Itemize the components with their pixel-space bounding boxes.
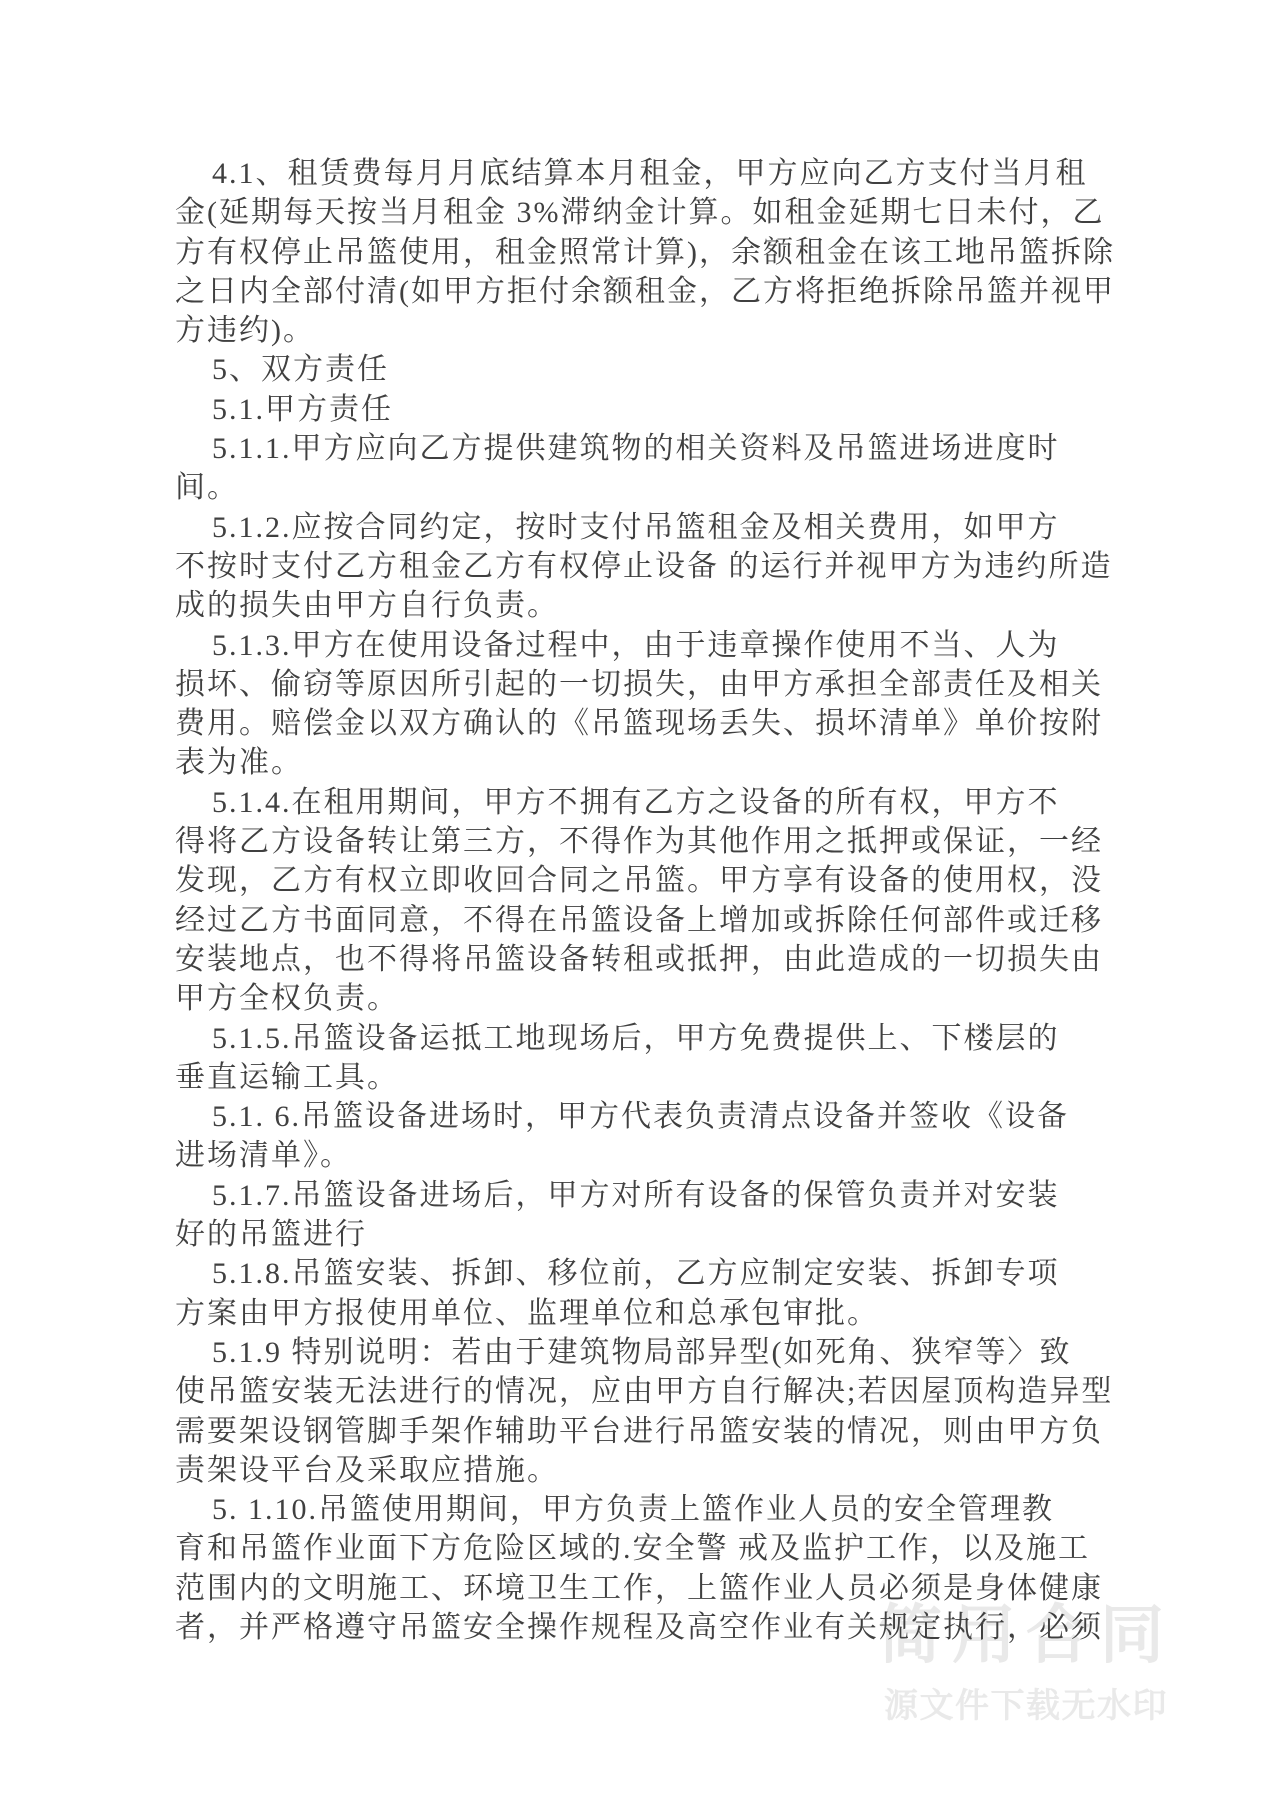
text-line: 5.1.5.吊篮设备运抵工地现场后，甲方免费提供上、下楼层的 — [175, 1019, 1135, 1058]
text-line: 之日内全部付清(如甲方拒付余额租金，乙方将拒绝拆除吊篮并视甲 — [175, 272, 1135, 311]
text-line: 垂直运输工具。 — [175, 1058, 1135, 1097]
text-line: 方有权停止吊篮使用，租金照常计算)，余额租金在该工地吊篮拆除 — [175, 233, 1135, 272]
text-line: 进场清单》。 — [175, 1136, 1135, 1175]
text-line: 费用。赔偿金以双方确认的《吊篮现场丢失、损坏清单》单价按附 — [175, 704, 1135, 743]
contract-text-block: 4.1、租赁费每月月底结算本月租金，甲方应向乙方支付当月租金(延期每天按当月租金… — [175, 154, 1135, 1647]
contract-paragraph-clause-5-1-7: 5.1.7.吊篮设备进场后，甲方对所有设备的保管负责并对安装好的吊篮进行 — [175, 1176, 1135, 1255]
text-line: 5.1.7.吊篮设备进场后，甲方对所有设备的保管负责并对安装 — [175, 1176, 1135, 1215]
text-line: 5.1.2.应按合同约定，按时支付吊篮租金及相关费用，如甲方 — [175, 508, 1135, 547]
text-line: 使吊篮安装无法进行的情况，应由甲方自行解决;若因屋顶构造异型 — [175, 1372, 1135, 1411]
text-line: 间。 — [175, 468, 1135, 507]
text-line: 不按时支付乙方租金乙方有权停止设备 的运行并视甲方为违约所造 — [175, 547, 1135, 586]
contract-paragraph-clause-5-1-10: 5. 1.10.吊篮使用期间，甲方负责上篮作业人员的安全管理教育和吊篮作业面下方… — [175, 1490, 1135, 1647]
contract-paragraph-clause-4-1: 4.1、租赁费每月月底结算本月租金，甲方应向乙方支付当月租金(延期每天按当月租金… — [175, 154, 1135, 350]
text-line: 需要架设钢管脚手架作辅助平台进行吊篮安装的情况，则由甲方负 — [175, 1412, 1135, 1451]
text-line: 5.1.1.甲方应向乙方提供建筑物的相关资料及吊篮进场进度时 — [175, 429, 1135, 468]
contract-paragraph-clause-5-1: 5.1.甲方责任 — [175, 390, 1135, 429]
text-line: 安装地点，也不得将吊篮设备转租或抵押，由此造成的一切损失由 — [175, 940, 1135, 979]
contract-paragraph-clause-5-1-1: 5.1.1.甲方应向乙方提供建筑物的相关资料及吊篮进场进度时间。 — [175, 429, 1135, 508]
text-line: 5.1.甲方责任 — [175, 390, 1135, 429]
text-line: 者，并严格遵守吊篮安全操作规程及高空作业有关规定执行，必须 — [175, 1608, 1135, 1647]
text-line: 5.1. 6.吊篮设备进场时，甲方代表负责清点设备并签收《设备 — [175, 1097, 1135, 1136]
text-line: 5.1.9 特别说明：若由于建筑物局部异型(如死角、狭窄等〉致 — [175, 1333, 1135, 1372]
contract-paragraph-clause-5: 5、双方责任 — [175, 350, 1135, 389]
text-line: 5.1.4.在租用期间，甲方不拥有乙方之设备的所有权，甲方不 — [175, 783, 1135, 822]
contract-page: 简用合同 源文件下载无水印 4.1、租赁费每月月底结算本月租金，甲方应向乙方支付… — [0, 0, 1280, 1810]
contract-paragraph-clause-5-1-8: 5.1.8.吊篮安装、拆卸、移位前，乙方应制定安装、拆卸专项方案由甲方报使用单位… — [175, 1254, 1135, 1333]
text-line: 好的吊篮进行 — [175, 1215, 1135, 1254]
contract-paragraph-clause-5-1-5: 5.1.5.吊篮设备运抵工地现场后，甲方免费提供上、下楼层的垂直运输工具。 — [175, 1019, 1135, 1098]
text-line: 范围内的文明施工、环境卫生工作，上篮作业人员必须是身体健康 — [175, 1569, 1135, 1608]
contract-paragraph-clause-5-1-6: 5.1. 6.吊篮设备进场时，甲方代表负责清点设备并签收《设备进场清单》。 — [175, 1097, 1135, 1176]
text-line: 表为准。 — [175, 743, 1135, 782]
contract-paragraph-clause-5-1-3: 5.1.3.甲方在使用设备过程中，由于违章操作使用不当、人为损坏、偷窃等原因所引… — [175, 626, 1135, 783]
text-line: 5、双方责任 — [175, 350, 1135, 389]
text-line: 方案由甲方报使用单位、监理单位和总承包审批。 — [175, 1294, 1135, 1333]
text-line: 责架设平台及采取应措施。 — [175, 1451, 1135, 1490]
text-line: 经过乙方书面同意，不得在吊篮设备上增加或拆除任何部件或迁移 — [175, 901, 1135, 940]
text-line: 5.1.8.吊篮安装、拆卸、移位前，乙方应制定安装、拆卸专项 — [175, 1254, 1135, 1293]
text-line: 得将乙方设备转让第三方，不得作为其他作用之抵押或保证，一经 — [175, 822, 1135, 861]
text-line: 发现，乙方有权立即收回合同之吊篮。甲方享有设备的使用权，没 — [175, 861, 1135, 900]
text-line: 金(延期每天按当月租金 3%滞纳金计算。如租金延期七日未付，乙 — [175, 193, 1135, 232]
text-line: 4.1、租赁费每月月底结算本月租金，甲方应向乙方支付当月租 — [175, 154, 1135, 193]
text-line: 5.1.3.甲方在使用设备过程中，由于违章操作使用不当、人为 — [175, 626, 1135, 665]
contract-paragraph-clause-5-1-4: 5.1.4.在租用期间，甲方不拥有乙方之设备的所有权，甲方不得将乙方设备转让第三… — [175, 783, 1135, 1019]
text-line: 甲方全权负责。 — [175, 979, 1135, 1018]
text-line: 损坏、偷窃等原因所引起的一切损失，由甲方承担全部责任及相关 — [175, 665, 1135, 704]
watermark-tagline: 源文件下载无水印 — [884, 1678, 1168, 1727]
text-line: 育和吊篮作业面下方危险区域的.安全警 戒及监护工作，以及施工 — [175, 1529, 1135, 1568]
text-line: 方违约)。 — [175, 311, 1135, 350]
contract-paragraph-clause-5-1-2: 5.1.2.应按合同约定，按时支付吊篮租金及相关费用，如甲方不按时支付乙方租金乙… — [175, 508, 1135, 626]
text-line: 成的损失由甲方自行负责。 — [175, 586, 1135, 625]
text-line: 5. 1.10.吊篮使用期间，甲方负责上篮作业人员的安全管理教 — [175, 1490, 1135, 1529]
contract-paragraph-clause-5-1-9: 5.1.9 特别说明：若由于建筑物局部异型(如死角、狭窄等〉致使吊篮安装无法进行… — [175, 1333, 1135, 1490]
